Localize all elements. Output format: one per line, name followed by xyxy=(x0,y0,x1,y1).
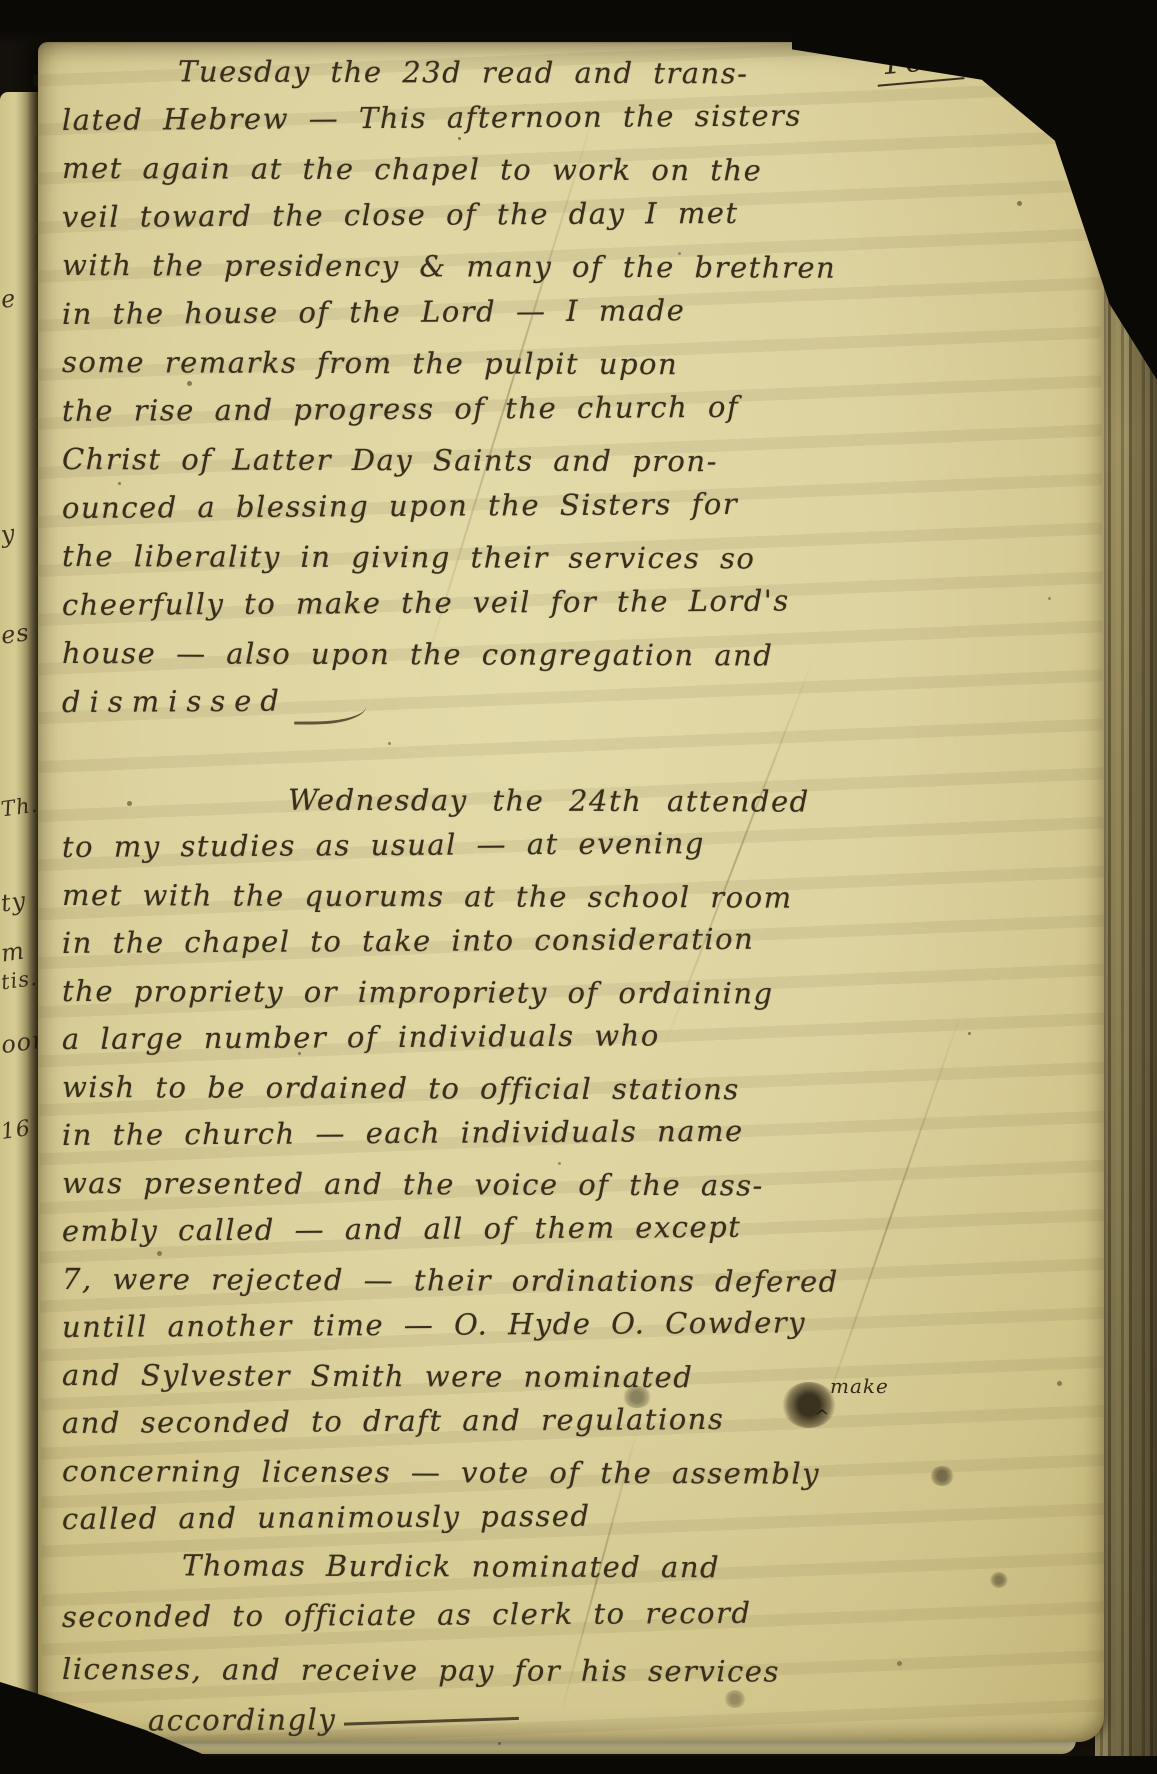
manuscript-line: in the church — each individuals name xyxy=(62,1112,1070,1166)
gutter-text-fragment: ty xyxy=(0,886,28,917)
manuscript-line: cheerfully to make the veil for the Lord… xyxy=(62,581,1070,636)
manuscript-line: seconded to officiate as clerk to record xyxy=(62,1594,1070,1652)
manuscript-line: called and unanimously passed xyxy=(62,1496,1070,1550)
manuscript-line: a large number of individuals who xyxy=(62,1016,1070,1070)
entry-tuesday-23: Tuesday the 23d read and trans- lated He… xyxy=(62,54,1070,733)
manuscript-line: lated Hebrew — This afternoon the sister… xyxy=(62,96,1070,151)
manuscript-line: in the house of the Lord — I made xyxy=(62,290,1070,345)
gutter-text-fragment: es xyxy=(0,618,31,650)
ink-blot xyxy=(724,1690,746,1708)
journal-page: 160 Tuesday the 23d read and trans- late… xyxy=(38,42,1104,1742)
ink-blot xyxy=(930,1466,954,1486)
manuscript-line: embly called — and all of them except xyxy=(62,1208,1070,1262)
manuscript-line: untill another time — O. Hyde O. Cowdery xyxy=(62,1304,1070,1358)
manuscript-line: to my studies as usual — at evening xyxy=(62,824,1070,878)
entry-wednesday-24: Wednesday the 24th attended to my studie… xyxy=(62,782,1070,1550)
manuscript-line: and seconded to draft and regulations xyxy=(62,1400,1070,1454)
ink-blot xyxy=(622,1386,652,1408)
entry-thomas-burdick: Thomas Burdick nominated and seconded to… xyxy=(62,1548,1070,1756)
manuscript-line: in the chapel to take into consideration xyxy=(62,920,1070,974)
gutter-text-fragment: 16 xyxy=(0,1116,33,1145)
manuscript-line: dismissed xyxy=(62,678,1070,733)
facing-page-gutter-edge: e y es Th. ty m tis. oon 16 xyxy=(0,92,40,1752)
manuscript-line: ounced a blessing upon the Sisters for xyxy=(62,484,1070,539)
ink-blot xyxy=(782,1382,836,1428)
interlinear-insertion: make xyxy=(830,1374,889,1398)
gutter-text-fragment: tis. xyxy=(0,966,39,995)
ink-blot xyxy=(990,1572,1008,1588)
manuscript-line: accordingly xyxy=(62,1698,1070,1756)
gutter-text-fragment: e xyxy=(0,284,18,314)
photograph-background: e y es Th. ty m tis. oon 16 160 Tuesday … xyxy=(0,0,1157,1774)
photo-background-bottom xyxy=(0,1756,1157,1774)
manuscript-line: the rise and progress of the church of xyxy=(62,387,1070,442)
gutter-text-fragment: Th. xyxy=(0,793,40,822)
gutter-text-fragment: y xyxy=(0,519,17,549)
gutter-text-fragment: m xyxy=(0,936,27,967)
